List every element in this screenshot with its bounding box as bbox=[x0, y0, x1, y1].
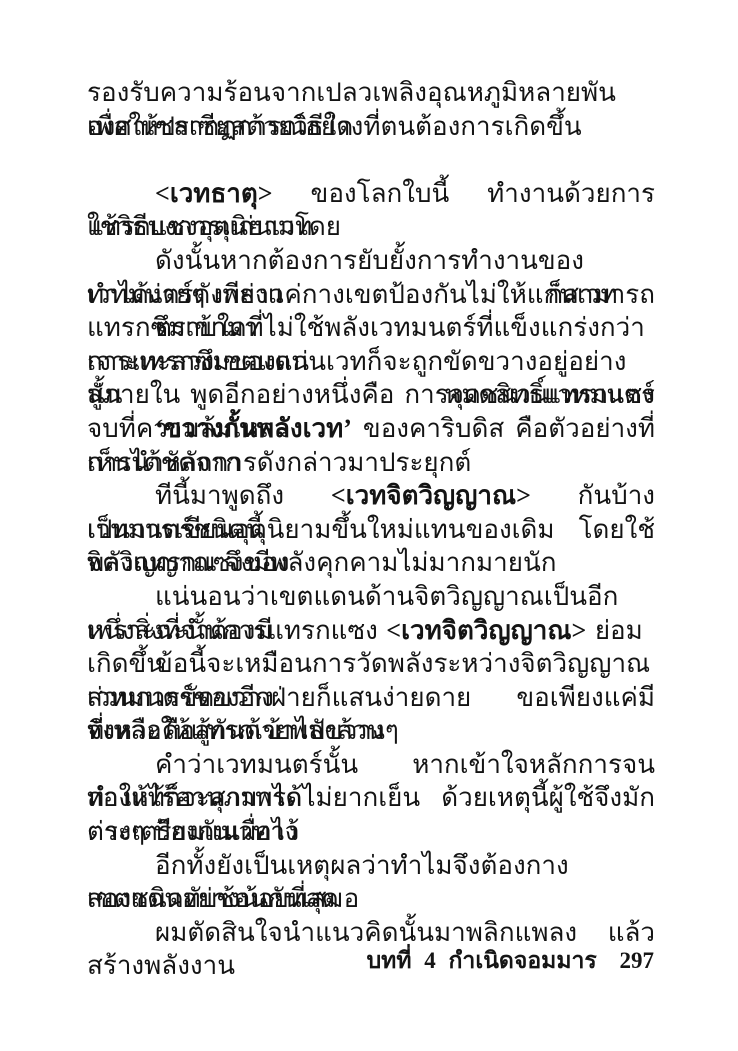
text-line: ใช้วิธีบงการแก่นเวท bbox=[87, 210, 655, 244]
text-segment: เพราะฉะนั้นการแทรกแซง bbox=[87, 616, 386, 645]
emphasized-term: <เวทจิตวิญญาณ> bbox=[331, 481, 531, 510]
text-line: ดังนั้นหากต้องการยับยั้งการทำงานของเวทมน… bbox=[87, 244, 655, 278]
text-segment: ทีนี้มาพูดถึง bbox=[155, 481, 331, 510]
text-segment: จิตวิญญาณ จึงมีพลังคุกคามไม่มากมายนัก bbox=[87, 548, 557, 577]
text-line: เป็นการเขียนอุตุนิยามขึ้นใหม่แทนของเดิม … bbox=[87, 513, 655, 547]
text-line: ตราบใดที่ไม่ใช้พลังเวทมนตร์ที่แข็งแกร่งก… bbox=[87, 311, 655, 345]
chapter-title: บทที่ 4 กำเนิดจอมมาร bbox=[367, 948, 597, 973]
text-line: การแทรกซึมของแก่นเวทก็จะถูกขัดขวางอยู่อย… bbox=[87, 345, 655, 379]
emphasized-term: <เวทจิตวิญญาณ> bbox=[386, 616, 586, 645]
emphasized-term: ‘ขวางกั้นพลังเวท’ bbox=[155, 414, 352, 443]
text-line: คำว่าเวทมนตร์นั้น หากเข้าใจหลักการจนถ่อง… bbox=[87, 748, 655, 782]
text-line: อีกทั้งยังเป็นเหตุผลว่าทำไมจึงต้องกางเขต… bbox=[87, 849, 655, 883]
page-body: รองรับความร้อนจากเปลวเพลิงอุณหภูมิหลายพั… bbox=[87, 76, 655, 949]
page-number: 297 bbox=[620, 948, 655, 973]
text-line: การนำหลักการดังกล่าวมาประยุกต์ bbox=[87, 446, 655, 480]
text-line: เพื่อให้ปรากฏการณ์อย่างที่ตนต้องการเกิดข… bbox=[87, 110, 655, 144]
blank-line bbox=[87, 143, 655, 177]
text-segment: การนำหลักการดังกล่าวมาประยุกต์ bbox=[87, 448, 471, 477]
book-page: รองรับความร้อนจากเปลวเพลิงอุณหภูมิหลายพั… bbox=[0, 0, 738, 1051]
text-line: ต่างๆ ป้องกันเผื่อไว้ bbox=[87, 815, 655, 849]
text-segment: เพื่อให้ปรากฏการณ์อย่างที่ตนต้องการเกิดข… bbox=[87, 112, 582, 141]
text-line: จิตวิญญาณ จึงมีพลังคุกคามไม่มากมายนัก bbox=[87, 546, 655, 580]
text-line: เวทมนตร์ของอีกฝ่ายก็แสนง่ายดาย ขอเพียงแค… bbox=[87, 681, 655, 715]
emphasized-term: <เวทธาตุ> bbox=[155, 179, 273, 208]
text-line: ข้อนี้จะเหมือนการวัดพลังระหว่างจิตวิญญาณ… bbox=[87, 647, 655, 681]
text-segment: ต่างๆ ป้องกันเผื่อไว้ bbox=[87, 817, 299, 846]
text-line: ทำให้ไร้อานุภาพได้ไม่ยากเย็น ด้วยเหตุนี้… bbox=[87, 781, 655, 815]
text-line: เพราะฉะนั้นการแทรกแซง <เวทจิตวิญญาณ> ย่อ… bbox=[87, 614, 655, 648]
text-line: ผมตัดสินใจนำแนวคิดนั้นมาพลิกแพลง แล้วสร้… bbox=[87, 916, 655, 950]
text-segment: ใช้วิธีบงการแก่นเวท bbox=[87, 212, 312, 241]
text-line: สู่ภายใน พูดอีกอย่างหนึ่งคือ การจุดชนวนเ… bbox=[87, 378, 655, 412]
text-line: สองชนิดทับซ้อนกันเสมอ bbox=[87, 882, 655, 916]
text-line: ทีนี้มาพูดถึง <เวทจิตวิญญาณ> กันบ้าง เวท… bbox=[87, 479, 655, 513]
text-line: รองรับความร้อนจากเปลวเพลิงอุณหภูมิหลายพั… bbox=[87, 76, 655, 110]
text-line: <เวทธาตุ> ของโลกใบนี้ ทำงานด้วยการแทรกแซ… bbox=[87, 177, 655, 211]
text-line: ‘ขวางกั้นพลังเวท’ ของคาริบดิส คือตัวอย่า… bbox=[87, 412, 655, 446]
text-line: ที่เหลือคือสู้กันด้วยพลังล้วนๆ bbox=[87, 714, 655, 748]
page-footer: บทที่ 4 กำเนิดจอมมาร 297 bbox=[367, 946, 654, 976]
text-line: ทำได้ง่ายๆ เพียงแค่กางเขตป้องกันไม่ให้แก… bbox=[87, 278, 655, 312]
text-segment: ที่เหลือคือสู้กันด้วยพลังล้วนๆ bbox=[87, 716, 399, 745]
text-segment: สองชนิดทับซ้อนกันเสมอ bbox=[87, 884, 359, 913]
text-line: แน่นอนว่าเขตแดนด้านจิตวิญญาณเป็นอีกหนึ่ง… bbox=[87, 580, 655, 614]
